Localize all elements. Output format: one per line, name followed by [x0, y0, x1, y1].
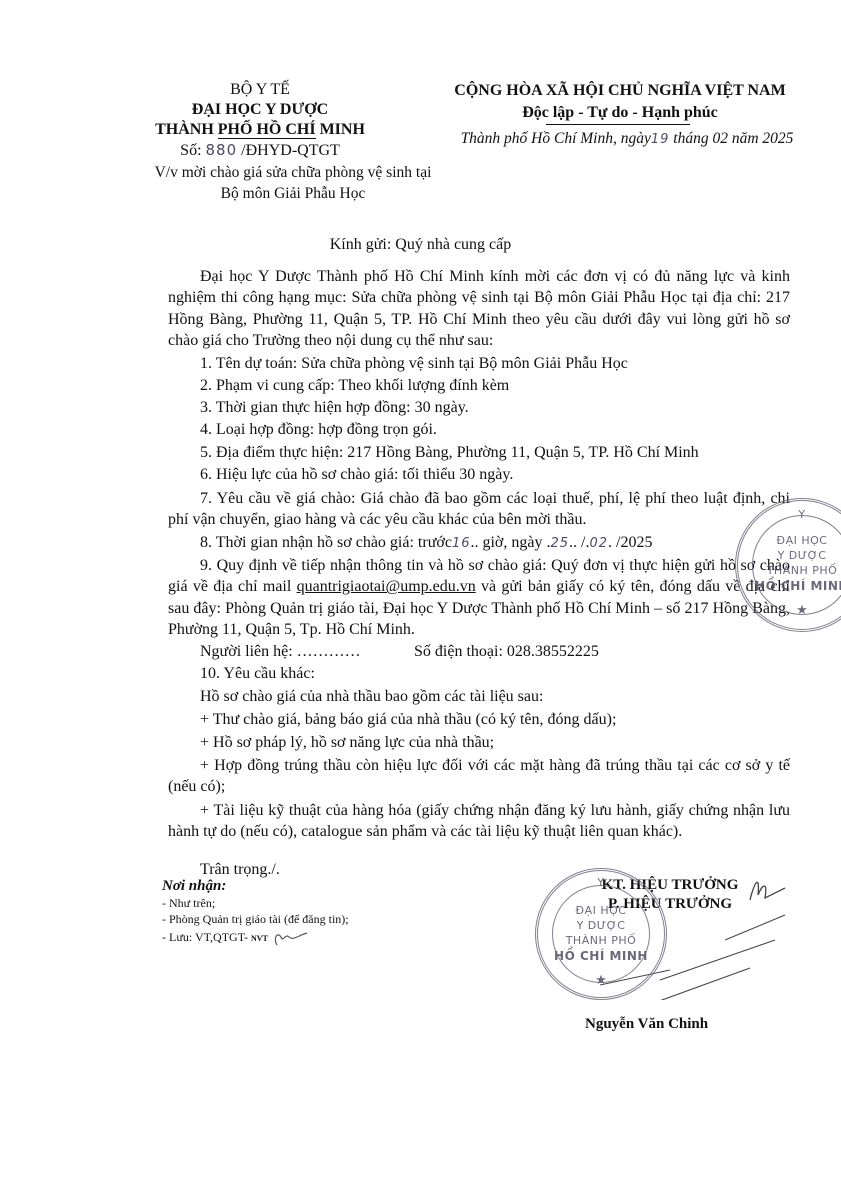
edge-seal-top-mark: Y — [738, 507, 841, 523]
edge-seal-line3: THÀNH PHỐ — [738, 563, 841, 579]
item-5: 5. Địa điểm thực hiện: 217 Hồng Bàng, Ph… — [200, 442, 699, 463]
item8-sep: .. /. — [569, 534, 589, 551]
place-date-pre: Thành phố Hồ Chí Minh, ngày — [461, 130, 651, 147]
edge-seal-line4: HỒ CHÍ MINH — [738, 578, 841, 594]
subject-line: V/v mời chào giá sửa chữa phòng vệ sinh … — [148, 162, 438, 204]
item8-mid: .. giờ, ngày . — [470, 534, 550, 551]
item-8: 8. Thời gian nhận hồ sơ chào giá: trước1… — [200, 532, 653, 554]
initials: NVT — [251, 934, 268, 943]
salutation: Kính gửi: Quý nhà cung cấp — [0, 236, 841, 254]
motto-underline — [546, 124, 690, 125]
university-seal-stamp: Y ĐẠI HỌC Y DƯỢC THÀNH PHỐ HỒ CHÍ MINH ★ — [535, 868, 667, 1000]
seal-line4: HỒ CHÍ MINH — [538, 948, 664, 964]
document-number: Số: 880 /ĐHYD-QTGT — [150, 140, 370, 161]
recipient-2: - Phòng Quản trị giáo tài (để đăng tin); — [162, 911, 482, 927]
recipient-1: - Như trên; — [162, 895, 482, 911]
number-handwritten: 880 — [206, 141, 238, 159]
item-1: 1. Tên dự toán: Sửa chữa phòng vệ sinh t… — [200, 353, 628, 374]
item-2: 2. Phạm vi cung cấp: Theo khối lượng đín… — [200, 375, 509, 396]
contact-email-link[interactable]: quantrigiaotai@ump.edu.vn — [297, 578, 476, 595]
ministry-name: BỘ Y TẾ — [150, 80, 370, 100]
edge-star-icon: ★ — [738, 603, 841, 618]
recipients-title: Nơi nhận: — [162, 878, 482, 895]
doc-requirement-4: + Tài liệu kỹ thuật của hàng hóa (giấy c… — [168, 800, 790, 843]
number-label: Số: — [180, 142, 205, 159]
number-suffix: /ĐHYD-QTGT — [237, 142, 340, 159]
issuer-header: BỘ Y TẾ ĐẠI HỌC Y DƯỢC THÀNH PHỐ HỒ CHÍ … — [150, 80, 370, 161]
subject-line1: V/v mời chào giá sửa chữa phòng vệ sinh … — [148, 162, 438, 183]
seal-top-mark: Y — [538, 875, 664, 891]
edge-seal-stamp: Y ĐẠI HỌC Y DƯỢC THÀNH PHỐ HỒ CHÍ MINH ★ — [735, 498, 841, 632]
edge-seal-line2: Y DƯỢC — [738, 548, 841, 564]
item-10-intro: Hồ sơ chào giá của nhà thầu bao gồm các … — [200, 686, 543, 707]
deadline-hour: 16 — [452, 536, 471, 551]
seal-line1: ĐẠI HỌC — [538, 903, 664, 919]
edge-seal-line1: ĐẠI HỌC — [738, 533, 841, 549]
place-date-post: tháng 02 năm 2025 — [669, 130, 793, 147]
intro-paragraph: Đại học Y Dược Thành phố Hồ Chí Minh kín… — [168, 266, 790, 352]
item-6: 6. Hiệu lực của hồ sơ chào giá: tối thiể… — [200, 464, 513, 485]
seal-line3: THÀNH PHỐ — [538, 933, 664, 949]
subject-line2: Bộ môn Giải Phẫu Học — [148, 183, 438, 204]
item-7: 7. Yêu cầu về giá chào: Giá chào đã bao … — [168, 488, 790, 531]
contact-phone: Số điện thoại: 028.38552225 — [414, 641, 599, 662]
doc-requirement-3: + Hợp đồng trúng thầu còn hiệu lực đối v… — [168, 755, 790, 798]
deadline-day: 25 — [551, 536, 570, 551]
university-name-line1: ĐẠI HỌC Y DƯỢC — [150, 100, 370, 120]
signer-name: Nguyễn Văn Chinh — [585, 1016, 708, 1033]
initial-signature-icon — [271, 927, 311, 949]
item-4: 4. Loại hợp đồng: hợp đồng trọn gói. — [200, 419, 437, 440]
university-line2-pre: THÀNH — [155, 121, 218, 138]
day-handwritten: 19 — [651, 132, 670, 147]
doc-requirement-1: + Thư chào giá, bảng báo giá của nhà thầ… — [200, 709, 616, 730]
seal-line2: Y DƯỢC — [538, 918, 664, 934]
national-motto: Độc lập - Tự do - Hạnh phúc — [522, 102, 718, 124]
country-name: CỘNG HÒA XÃ HỘI CHỦ NGHĨA VIỆT NAM — [430, 80, 810, 102]
university-name-line2: THÀNH PHỐ HỒ CHÍ MINH — [150, 120, 370, 140]
place-and-date: Thành phố Hồ Chí Minh, ngày19 tháng 02 n… — [447, 130, 807, 148]
recipient-3: - Lưu: VT,QTGT- NVT — [162, 927, 482, 949]
recipients-block: Nơi nhận: - Như trên; - Phòng Quản trị g… — [162, 878, 482, 949]
deadline-month: 02 — [590, 536, 609, 551]
item8-pre: 8. Thời gian nhận hồ sơ chào giá: trước — [200, 534, 452, 551]
archive-label: - Lưu: VT,QTGT- — [162, 930, 251, 944]
national-header: CỘNG HÒA XÃ HỘI CHỦ NGHĨA VIỆT NAM Độc l… — [430, 80, 810, 124]
item-10-title: 10. Yêu cầu khác: — [200, 663, 315, 684]
item-3: 3. Thời gian thực hiện hợp đồng: 30 ngày… — [200, 397, 469, 418]
doc-requirement-2: + Hồ sơ pháp lý, hồ sơ năng lực của nhà … — [200, 732, 494, 753]
contact-person: Người liên hệ: ………… — [200, 641, 361, 662]
item-9: 9. Quy định về tiếp nhận thông tin và hồ… — [168, 555, 790, 641]
item8-post: . /2025 — [608, 534, 652, 551]
university-line2-underlined: PHỐ HỒ CHÍ — [218, 121, 316, 139]
star-icon: ★ — [538, 973, 664, 988]
university-line2-post: MINH — [316, 121, 365, 138]
